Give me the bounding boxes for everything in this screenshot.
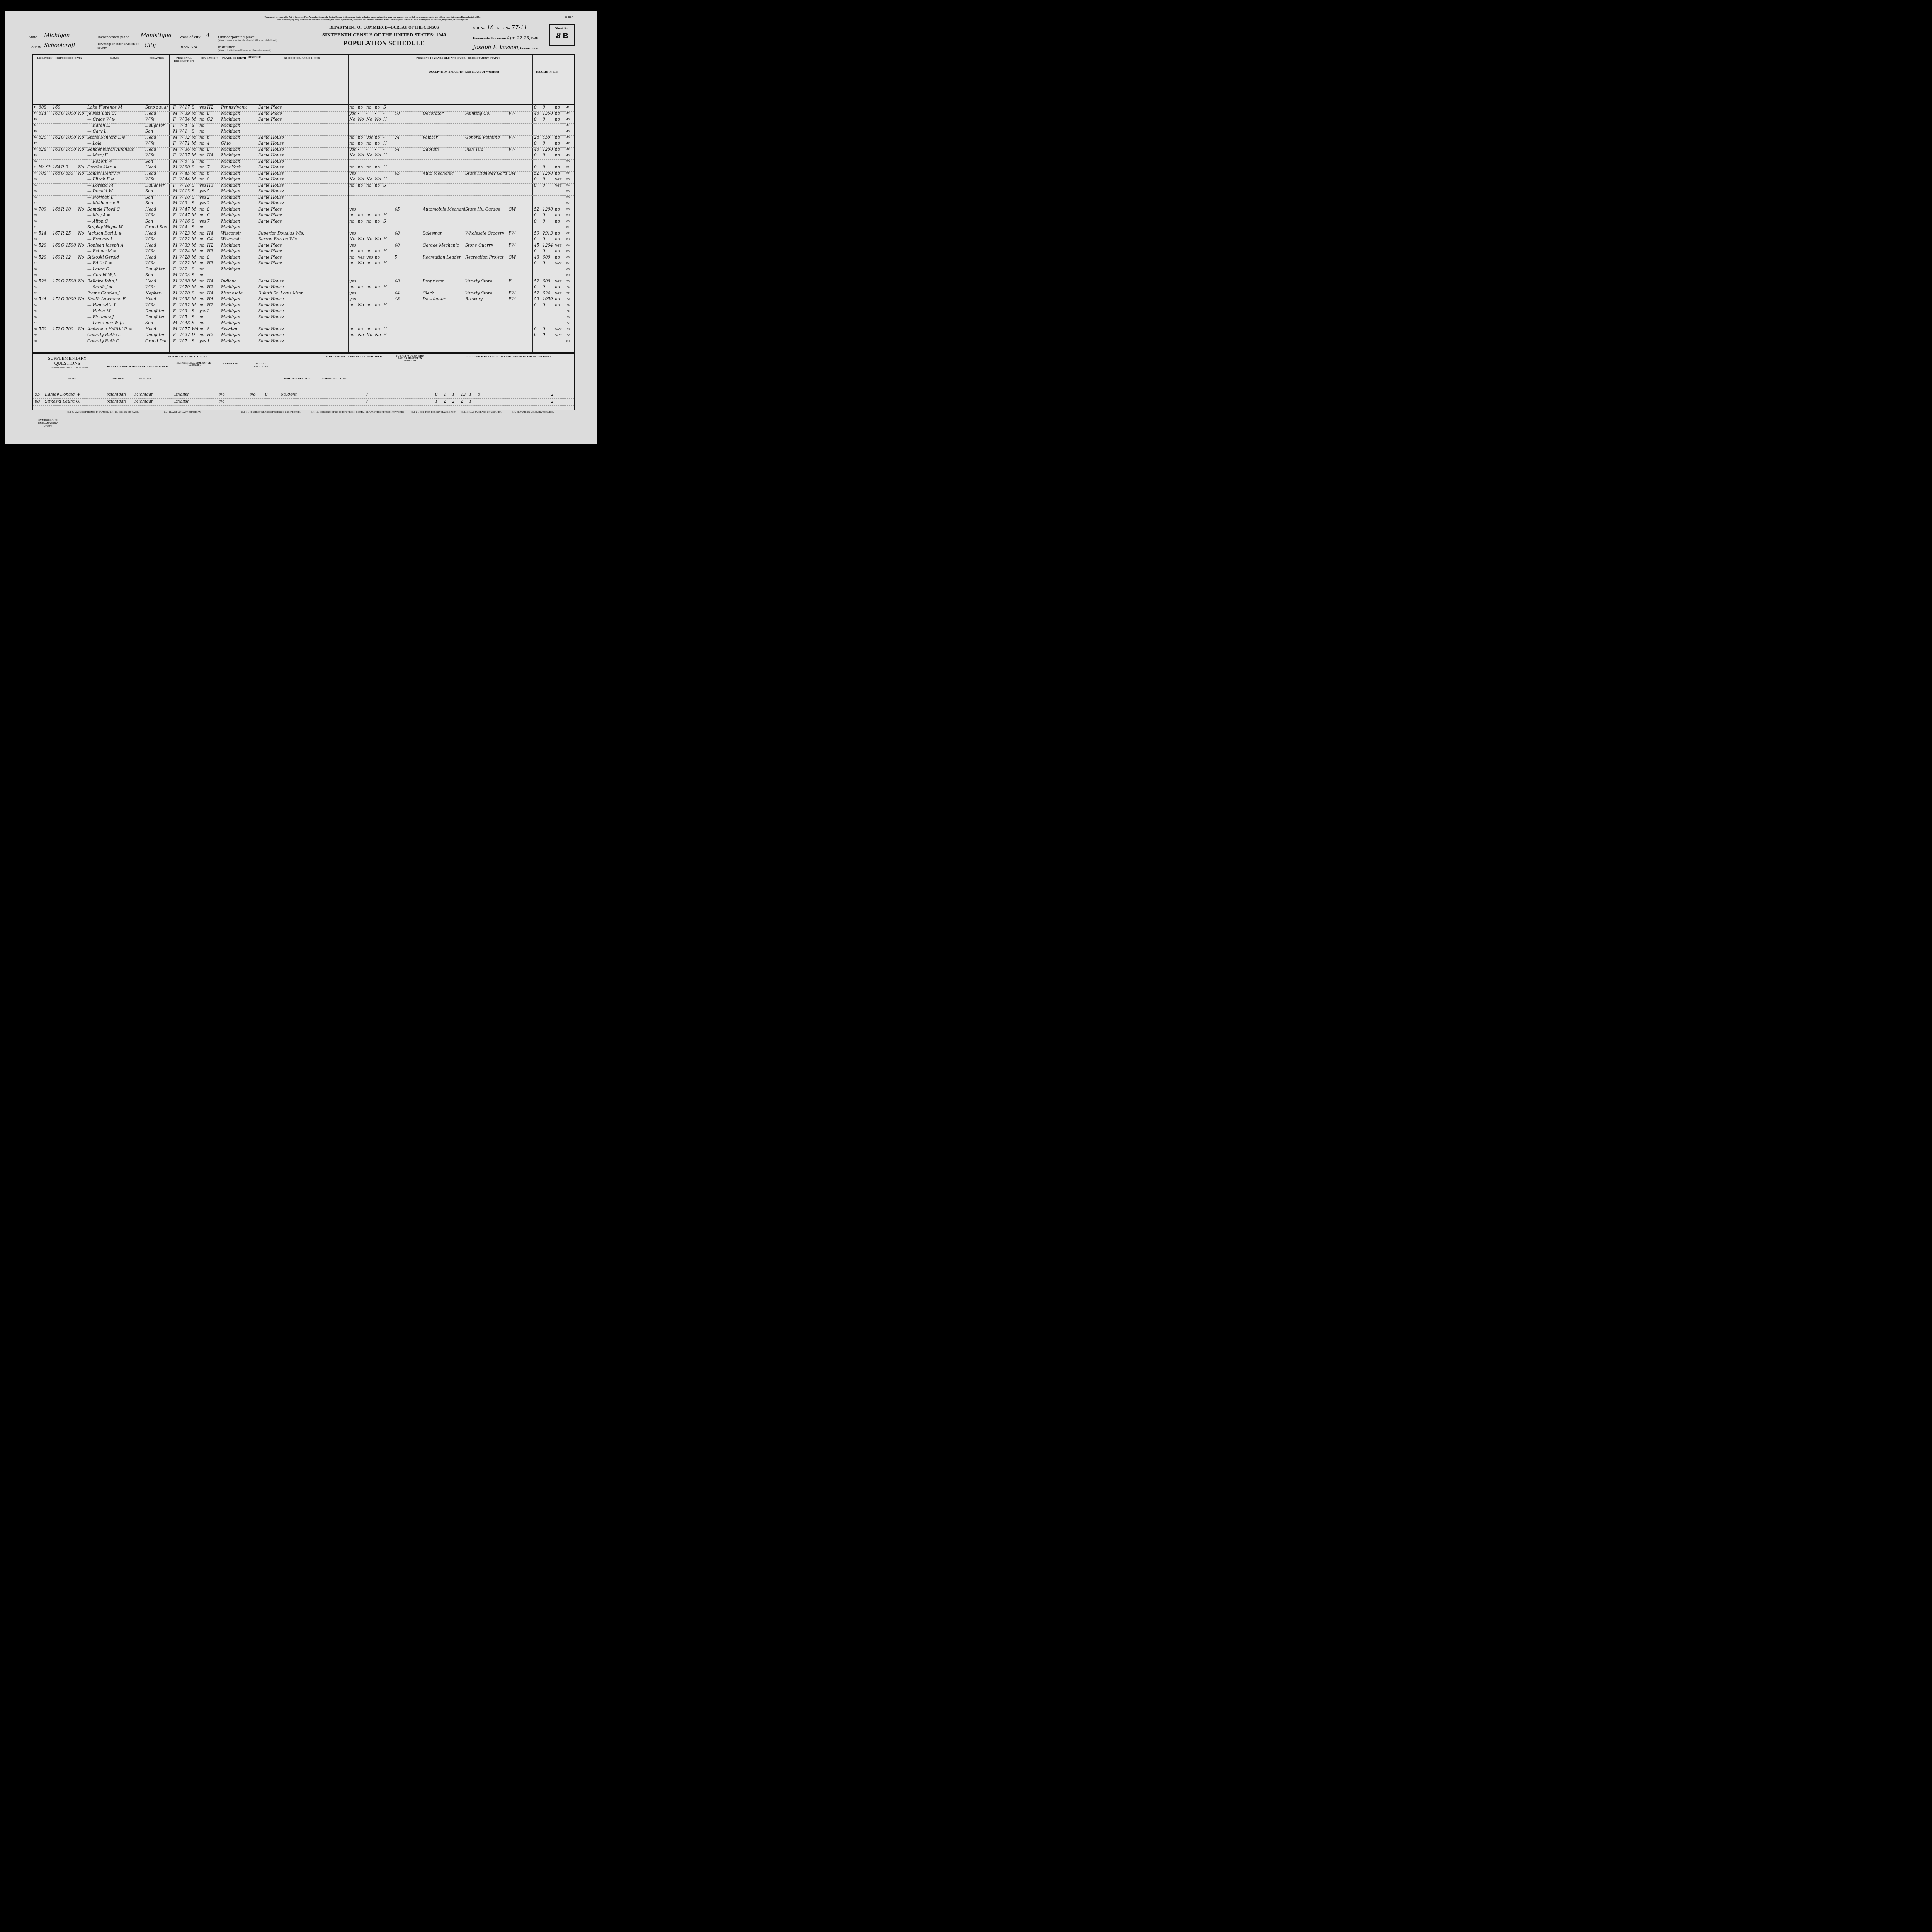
supp-office-cell: 1	[469, 399, 477, 404]
table-row: 5757— Melbourne B.SonMW9Syes2MichiganSam…	[33, 201, 574, 207]
cell-grade: 2	[207, 309, 213, 313]
cell-visit: 165	[53, 171, 60, 176]
table-row: 5151No St. number164R3NoCrooks Alex ⊗Hea…	[33, 165, 574, 172]
cell-r24: no	[375, 105, 383, 110]
cell-sex: F	[173, 285, 178, 289]
cell-age: 16	[185, 219, 192, 224]
cell-race: W	[179, 291, 184, 296]
line-number: 73	[34, 298, 37, 301]
cell-visit: 168	[53, 243, 60, 248]
cell-relation: Wife	[145, 237, 168, 241]
cell-birthplace: New York	[221, 165, 247, 170]
cell-age: 22	[185, 261, 192, 265]
cell-marital: M	[192, 255, 198, 260]
cell-r23: No	[366, 117, 374, 122]
supp-office-cell: 13	[461, 392, 468, 397]
line-number: 47	[34, 142, 37, 145]
cell-industry: State Hy. Garage	[465, 207, 507, 212]
cell-r23: no	[366, 141, 374, 146]
cell-race: W	[179, 279, 184, 284]
cell-house: 514	[39, 231, 52, 236]
cell-name: Sample Floyd C	[87, 207, 144, 212]
cell-res: Same Place	[258, 255, 345, 260]
table-row: 6363— Frances L.WifeFW22MnoC4WisconsinBa…	[33, 237, 574, 243]
cell-relation: Nephew	[145, 291, 168, 296]
cell-relation: Head	[145, 327, 168, 332]
cell-weeks: 0	[534, 177, 542, 182]
supp-cell-class: 7	[366, 399, 369, 404]
cell-marital: M	[192, 147, 198, 152]
table-row: 4343— Grace W ⊗WifeFW34MnoC2MichiganSame…	[33, 117, 574, 124]
cell-other: no	[555, 249, 563, 253]
cell-occupation: Clerk	[423, 291, 465, 296]
cell-birthplace: Michigan	[221, 297, 247, 301]
cell-income: 2913	[543, 231, 554, 236]
cell-r22: No	[358, 117, 366, 122]
supp-office-cell: 1	[444, 392, 451, 397]
cell-visit: 169	[53, 255, 60, 260]
cell-relation: Son	[145, 321, 168, 325]
cell-name: — Norman E	[87, 195, 144, 200]
cell-age: 23	[185, 231, 192, 236]
cell-r24: no	[375, 261, 383, 265]
cell-class: GW	[509, 171, 516, 176]
cell-school: no	[199, 333, 206, 337]
table-row: 7979Conarty Ruth O.DaughterFW27DnoH2Mich…	[33, 333, 574, 339]
cell-school: no	[199, 225, 206, 230]
cell-name: Bellaire John J.	[87, 279, 144, 284]
note-col24: Col. 24. DID THIS PERSON HAVE A JOB?	[411, 411, 456, 413]
cell-grade: H2	[207, 285, 213, 289]
cell-income: 1050	[543, 297, 554, 301]
line-number: 78	[566, 328, 570, 331]
cell-r21: no	[349, 135, 357, 140]
cell-school: no	[199, 231, 206, 236]
cell-age: 28	[185, 255, 192, 260]
cell-marital: M	[192, 141, 198, 146]
cell-res: Barron Barron Wis.	[258, 237, 345, 241]
cell-r21: No	[349, 153, 357, 158]
cell-house: 614	[39, 111, 52, 116]
cell-r25: -	[383, 111, 388, 116]
cell-birthplace: Wisconsin	[221, 231, 247, 236]
enumerator-label: Enumerator.	[520, 46, 538, 50]
cell-weeks: 0	[534, 249, 542, 253]
cell-r22: -	[358, 243, 366, 248]
cell-tenure: O	[61, 111, 65, 116]
cell-res: Same Place	[258, 105, 345, 110]
cell-relation: Son	[145, 219, 168, 224]
table-row: 5454— Loretta MDaughterFW18SyesH3Michiga…	[33, 183, 574, 190]
cell-age: 2	[185, 267, 192, 272]
cell-grade: H4	[207, 291, 213, 296]
sheet-number-box: Sheet No. 8 B	[549, 24, 575, 46]
cell-grade: H4	[207, 231, 213, 236]
supp-cell-mother: Michigan	[134, 392, 162, 397]
cell-marital: M	[192, 213, 198, 218]
cell-r24: no	[375, 183, 383, 188]
cell-sex: F	[173, 261, 178, 265]
cell-race: W	[179, 201, 184, 206]
supp-veterans-header: VETERANS	[219, 362, 242, 365]
cell-r21: no	[349, 285, 357, 289]
cell-school: no	[199, 327, 206, 332]
line-number: 56	[566, 196, 570, 199]
cell-marital: M	[192, 297, 198, 301]
cell-class: GW	[509, 255, 516, 260]
incorporated-label: Incorporated place	[97, 35, 129, 39]
cell-r22: No	[358, 237, 366, 241]
cell-marital: M	[192, 285, 198, 289]
cell-r23: No	[366, 153, 374, 158]
cell-r24: no	[375, 165, 383, 170]
cell-industry: Wholesale Grocery	[465, 231, 507, 236]
cell-res: Same House	[258, 177, 345, 182]
line-number: 66	[566, 256, 570, 259]
cell-grade: H2	[207, 333, 213, 337]
cell-race: W	[179, 273, 184, 277]
line-number: 77	[566, 322, 570, 325]
cell-school: no	[199, 135, 206, 140]
cell-birthplace: Michigan	[221, 225, 247, 230]
cell-weeks: 52	[534, 297, 542, 301]
cell-birthplace: Indiana	[221, 279, 247, 284]
cell-tenure: O	[61, 171, 65, 176]
cell-value: 10	[66, 207, 77, 212]
cell-res: Superior Douglas Wis.	[258, 231, 345, 236]
cell-relation: Head	[145, 279, 168, 284]
cell-value: 3	[66, 165, 77, 170]
cell-birthplace: Michigan	[221, 339, 247, 344]
cell-other: no	[555, 231, 563, 236]
cell-r21: yes	[349, 207, 357, 212]
cell-relation: Daughter	[145, 309, 168, 313]
cell-industry: Brewery	[465, 297, 507, 301]
cell-sex: M	[173, 273, 178, 277]
group-household: HOUSEHOLD DATA	[53, 56, 84, 60]
table-row: 4949— Mary EWifeFW37MnoH4MichiganSame Ho…	[33, 153, 574, 160]
cell-marital: S	[192, 309, 198, 313]
cell-income: 1200	[543, 171, 554, 176]
cell-res: Same House	[258, 183, 345, 188]
cell-r22: no	[358, 249, 366, 253]
cell-relation: Son	[145, 129, 168, 134]
cell-school: no	[199, 123, 206, 128]
group-personal: PERSONAL DESCRIPTION	[170, 56, 197, 63]
supp-birthplace-header: PLACE OF BIRTH OF FATHER AND MOTHER	[107, 365, 168, 368]
supp-office-cell: 1	[452, 392, 460, 397]
cell-race: W	[179, 333, 184, 337]
cell-relation: Daughter	[145, 267, 168, 272]
cell-name: Sitkoski Gerald	[87, 255, 144, 260]
enumerated-label: Enumerated by me on	[473, 36, 506, 40]
supp-cell-line: 68	[35, 399, 43, 404]
cell-occupation: Decorator	[423, 111, 465, 116]
cell-hours: 45	[395, 207, 404, 212]
cell-weeks: 45	[534, 243, 542, 248]
cell-r25: H	[383, 237, 388, 241]
cell-r24: -	[375, 231, 383, 236]
cell-school: no	[199, 207, 206, 212]
cell-school: no	[199, 303, 206, 308]
cell-grade: H3	[207, 249, 213, 253]
supplementary-questions: SUPPLEMENTARY QUESTIONS For Persons Enum…	[32, 353, 575, 410]
cell-visit: 171	[53, 297, 60, 301]
cell-race: W	[179, 261, 184, 265]
unincorporated-note: (Name of unincorporated place having 100…	[218, 39, 277, 42]
cell-grade: H4	[207, 153, 213, 158]
cell-school: no	[199, 117, 206, 122]
cell-income: 0	[543, 261, 554, 265]
cell-grade: H2	[207, 303, 213, 308]
table-row: 7474— Henrietta L.WifeFW32MnoH2MichiganS…	[33, 303, 574, 310]
ward-label: Ward of city	[179, 35, 201, 39]
cell-r23: yes	[366, 255, 374, 260]
cell-other: no	[555, 111, 563, 116]
sheet-label: Sheet No.	[550, 26, 574, 30]
cell-marital: M	[192, 279, 198, 284]
cell-hours: 45	[395, 171, 404, 176]
cell-industry: State Highway Garage	[465, 171, 507, 176]
cell-age: 45	[185, 171, 192, 176]
cell-grade: 8	[207, 207, 213, 212]
cell-relation: Son	[145, 189, 168, 194]
cell-weeks: 46	[534, 111, 542, 116]
cell-r21: no	[349, 327, 357, 332]
cell-income: 0	[543, 183, 554, 188]
cell-farm: No	[78, 147, 86, 152]
cell-birthplace: Michigan	[221, 315, 247, 320]
cell-grade: 8	[207, 111, 213, 116]
supp-cell-usual_occupation: Student	[281, 392, 315, 397]
cell-age: 47	[185, 213, 192, 218]
cell-school: no	[199, 297, 206, 301]
cell-name: — Helen M	[87, 309, 144, 313]
cell-sex: M	[173, 147, 178, 152]
cell-income: 0	[543, 237, 554, 241]
supp-office-cell: 2	[452, 399, 460, 404]
cell-r24: no	[375, 213, 383, 218]
cell-name: — May A ⊗	[87, 213, 144, 218]
cell-r25: -	[383, 147, 388, 152]
supp-row: 68Sitkoski Laura G.MichiganMichiganEngli…	[33, 399, 574, 406]
table-row: 6969— Gerald W Jr.SonMW0/12Sno	[33, 273, 574, 279]
cell-marital: S	[192, 315, 198, 320]
cell-weeks: 48	[534, 255, 542, 260]
cell-age: 10	[185, 195, 192, 200]
cell-occupation: Captain	[423, 147, 465, 152]
cell-hours: 54	[395, 147, 404, 152]
cell-r22: no	[358, 105, 366, 110]
cell-r22: -	[358, 111, 366, 116]
cell-other: no	[555, 219, 563, 224]
cell-age: 20	[185, 291, 192, 296]
cell-age: 33	[185, 297, 192, 301]
cell-relation: Head	[145, 255, 168, 260]
table-row: 4646620162O1000NoStone Sanford L ⊗HeadMW…	[33, 135, 574, 142]
cell-race: W	[179, 183, 184, 188]
cell-industry: Recreation Project	[465, 255, 507, 260]
cell-r21: no	[349, 255, 357, 260]
county-value: Schoolcraft	[44, 43, 75, 49]
ed-value: 77-11	[512, 25, 527, 31]
cell-grade: H4	[207, 297, 213, 301]
cell-name: — Lola	[87, 141, 144, 146]
cell-relation: Head	[145, 231, 168, 236]
cell-r21: yes	[349, 243, 357, 248]
cell-other: yes	[555, 333, 563, 337]
cell-value: 2000	[66, 297, 77, 301]
cell-age: 70	[185, 285, 192, 289]
state-value: Michigan	[44, 32, 70, 39]
cell-house: 526	[39, 279, 52, 284]
cell-r23: no	[366, 261, 374, 265]
line-number: 56	[34, 196, 37, 199]
cell-name: — Alton C	[87, 219, 144, 224]
cell-r25: H	[383, 261, 388, 265]
cell-relation: Wife	[145, 303, 168, 308]
cell-r25: H	[383, 213, 388, 218]
cell-name: — Melbourne B.	[87, 201, 144, 206]
cell-name: Lake Florence M	[87, 105, 144, 110]
cell-name: — Donald W	[87, 189, 144, 194]
cell-weeks: 0	[534, 219, 542, 224]
cell-r25: -	[383, 135, 388, 140]
cell-visit: 167	[53, 231, 60, 236]
cell-farm: No	[78, 255, 86, 260]
cell-race: W	[179, 303, 184, 308]
cell-r23: yes	[366, 135, 374, 140]
line-number: 58	[34, 208, 37, 211]
cell-r22: no	[358, 219, 366, 224]
cell-race: W	[179, 207, 184, 212]
table-row: 4141608160Lake Florence MStep daughterFW…	[33, 105, 574, 112]
cell-other: yes	[555, 327, 563, 332]
cell-race: W	[179, 153, 184, 158]
cell-r24: No	[375, 333, 383, 337]
block-label: Block Nos.	[179, 45, 199, 49]
cell-name: — Grace W ⊗	[87, 117, 144, 122]
cell-relation: Head	[145, 147, 168, 152]
cell-r25: H	[383, 249, 388, 253]
cell-value: 12	[66, 255, 77, 260]
cell-relation: Wife	[145, 177, 168, 182]
cell-sex: M	[173, 219, 178, 224]
cell-other: no	[555, 147, 563, 152]
cell-marital: S	[192, 321, 198, 325]
cell-income: 450	[543, 135, 554, 140]
cell-other: yes	[555, 291, 563, 296]
cell-r21: no	[349, 105, 357, 110]
cell-name: — Loretta M	[87, 183, 144, 188]
cell-res: Same House	[258, 165, 345, 170]
cell-weeks: 0	[534, 141, 542, 146]
supp-cell-father: Michigan	[107, 392, 134, 397]
cell-r25: H	[383, 141, 388, 146]
cell-grade: 7	[207, 165, 213, 170]
cell-class: GW	[509, 207, 516, 212]
cell-birthplace: Michigan	[221, 321, 247, 325]
table-row: 6161Stapley Wayne WGrand SonMW4SnoMichig…	[33, 225, 574, 231]
cell-income: 0	[543, 327, 554, 332]
cell-r23: -	[366, 243, 374, 248]
supp-usual-occ-header: USUAL OCCUPATION	[281, 377, 311, 380]
line-number: 53	[566, 178, 570, 181]
cell-school: no	[199, 285, 206, 289]
cell-r24: -	[375, 243, 383, 248]
incorporated-value: Manistique	[141, 32, 172, 39]
line-number: 50	[34, 160, 37, 163]
supp-women: FOR ALL WOMEN WHO ARE OR HAVE BEEN MARRI…	[395, 355, 425, 362]
cell-grade: 8	[207, 147, 213, 152]
cell-grade: 2	[207, 195, 213, 200]
form-code: 16-360 A	[565, 16, 574, 19]
cell-marital: S	[192, 189, 198, 194]
cell-farm: No	[78, 297, 86, 301]
cell-hours: 5	[395, 255, 404, 260]
cell-tenure: O	[61, 243, 65, 248]
cell-r24: no	[375, 219, 383, 224]
cell-name: Conarty Ruth G.	[87, 339, 144, 344]
group-residence: RESIDENCE, APRIL 1, 1935	[257, 56, 346, 60]
cell-race: W	[179, 219, 184, 224]
cell-birthplace: Michigan	[221, 189, 247, 194]
cell-relation: Head	[145, 165, 168, 170]
cell-school: no	[199, 177, 206, 182]
cell-school: no	[199, 165, 206, 170]
cell-race: W	[179, 225, 184, 230]
cell-r22: -	[358, 147, 366, 152]
cell-relation: Head	[145, 243, 168, 248]
line-number: 65	[566, 250, 570, 253]
cell-name: — Elizab E ⊗	[87, 177, 144, 182]
line-number: 60	[34, 220, 37, 223]
line-number: 74	[566, 304, 570, 307]
line-number: 51	[34, 166, 37, 169]
line-number: 69	[566, 274, 570, 277]
cell-r25: H	[383, 333, 388, 337]
line-number: 68	[34, 268, 37, 271]
cell-school: no	[199, 273, 206, 277]
cell-tenure: O	[61, 297, 65, 301]
state-label: State	[29, 35, 37, 39]
cell-tenure: R	[61, 231, 65, 236]
cell-res: Same House	[258, 279, 345, 284]
enumerated-date: Apr. 22-23	[507, 36, 529, 41]
table-row: 5959— May A ⊗WifeFW47Mno6MichiganSame Pl…	[33, 213, 574, 219]
supp-cell-name: Eahley Donald W	[45, 392, 103, 397]
table-row: 7878550172O700NoAnderson Halfrid P. ⊗Hea…	[33, 327, 574, 333]
cell-sex: F	[173, 249, 178, 253]
cell-age: 5	[185, 315, 192, 320]
cell-r21: yes	[349, 147, 357, 152]
cell-r25: H	[383, 285, 388, 289]
cell-farm: No	[78, 279, 86, 284]
line-number: 62	[566, 232, 570, 235]
cell-r25: U	[383, 165, 388, 170]
cell-school: no	[199, 237, 206, 241]
cell-other: no	[555, 171, 563, 176]
cell-grade: 7	[207, 219, 213, 224]
cell-tenure: O	[61, 147, 65, 152]
cell-farm: No	[78, 165, 86, 170]
cell-weeks: 52	[534, 171, 542, 176]
cell-tenure: R	[61, 165, 65, 170]
line-number: 66	[34, 256, 37, 259]
cell-weeks: 0	[534, 261, 542, 265]
cell-age: 71	[185, 141, 192, 146]
symbols-label: SYMBOLS AND EXPLANATORY NOTES	[36, 418, 60, 428]
